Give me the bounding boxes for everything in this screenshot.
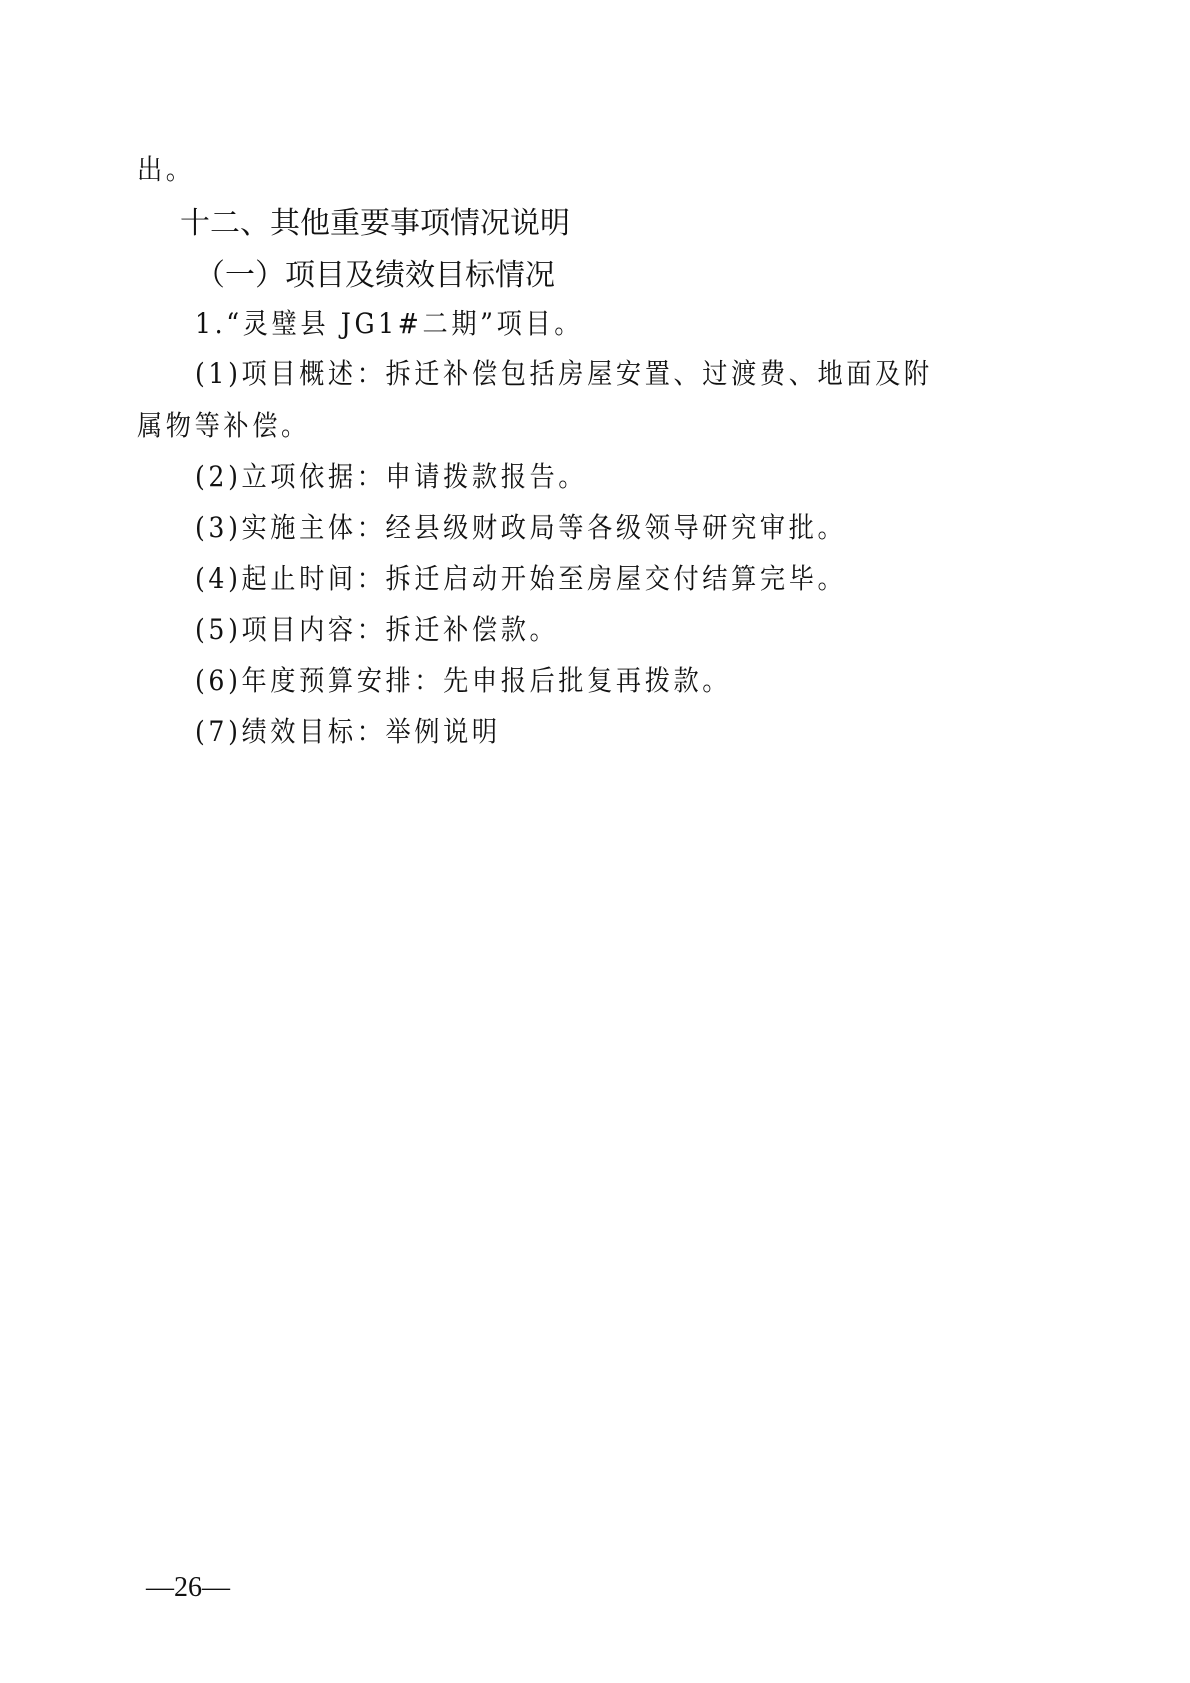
paragraph-basis: (2)立项依据：申请拨款报告。: [195, 455, 587, 495]
paragraph-implementer: (3)实施主体：经县级财政局等各级领导研究审批。: [195, 506, 846, 546]
paragraph-period: (4)起止时间：拆迁启动开始至房屋交付结算完毕。: [195, 557, 846, 597]
continuation-text: 出。: [137, 148, 195, 188]
paragraph-content: (5)项目内容：拆迁补偿款。: [195, 608, 558, 648]
item-title: 1.“灵璧县 JG1#二期”项目。: [195, 302, 583, 342]
subsection-heading: （一）项目及绩效目标情况: [195, 250, 555, 294]
page-number: —26—: [146, 1572, 230, 1604]
document-page: 出。 十二、其他重要事项情况说明 （一）项目及绩效目标情况 1.“灵璧县 JG1…: [0, 0, 1190, 1683]
paragraph-overview-line2: 属物等补偿。: [137, 404, 310, 444]
section-heading: 十二、其他重要事项情况说明: [180, 198, 570, 242]
paragraph-budget: (6)年度预算安排：先申报后批复再拨款。: [195, 659, 731, 699]
paragraph-overview-line1: (1)项目概述：拆迁补偿包括房屋安置、过渡费、地面及附: [195, 352, 933, 392]
paragraph-performance-goal: (7)绩效目标：举例说明: [195, 710, 501, 750]
